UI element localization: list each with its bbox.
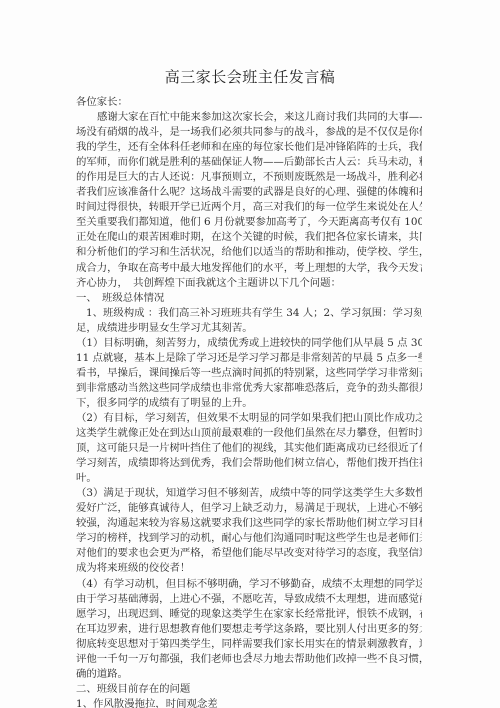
text-line: 足，成绩进步明显女生学习尤其刻苦。	[76, 321, 422, 336]
text-line: 彻底转变思想对于第四类学生，同样需要我们家长用实在的情景刺激教育，这要比你们批	[76, 637, 422, 652]
text-line: 叶。	[76, 471, 422, 486]
text-line: 11 点就寝，基本上是除了学习还是学习学习都是非常刻苦的早晨 5 点多一些就起床…	[76, 351, 422, 366]
text-line: 1、作风散漫拖拉，时间观念差	[76, 697, 422, 708]
text-line: 下，很多同学的成绩有了明显的上升。	[76, 396, 422, 411]
text-line: （1）目标明确，刻苦努力，成绩优秀或上进较快的同学他们从早晨 5 点 30 分起…	[76, 336, 422, 351]
text-line: 学习刻苦，成绩即将达到优秀，我们会帮助他们树立信心，帮他们拨开挡住视线的那片树	[76, 456, 422, 471]
text-line: 这类学生就像正处在到达山顶前最艰难的一段他们虽然在尽力攀登，但暂时还没有看到山	[76, 426, 422, 441]
text-line: 成为将来班级的佼佼者！	[76, 561, 422, 576]
text-line: 的作用是巨大的古人还说：凡事预则立，不预则废既然是一场战斗，胜利必将属于有准备	[76, 170, 422, 185]
text-line: 学习的榜样，找到学习的动机，耐心与他们沟通同时呢这些学生也是老师们关注的重点，	[76, 531, 422, 546]
text-line: 顶，这可能只是一片树叶挡住了他们的视线，其实他们距离成功已经很近了他们有目标，	[76, 441, 422, 456]
document-body: 各位家长：感谢大家在百忙中能来参加这次家长会，来这儿商讨我们共同的大事——高考这…	[76, 95, 422, 708]
page-number: 1	[0, 652, 500, 662]
document-page: 高三家长会班主任发言稿 各位家长：感谢大家在百忙中能来参加这次家长会，来这儿商讨…	[0, 0, 500, 708]
text-line: 感谢大家在百忙中能来参加这次家长会，来这儿商讨我们共同的大事——高考这是一	[76, 110, 422, 125]
text-line: 的军师，而你们就是胜利的基础保证人物——后勤部长古人云：兵马未动，粮草先行你们	[76, 155, 422, 170]
text-line: 一、 班级总体情况	[76, 291, 422, 306]
text-line: 齐心协力， 共创辉煌下面我就这个主题讲以下几个问题：	[76, 276, 422, 291]
text-line: 正处在爬山的艰苦困难时期，在这个关键的时候，我们把各位家长请来，共同关心，了解	[76, 230, 422, 245]
text-line: （2）有目标，学习刻苦，但效果不太明显的同学如果我们把山顶比作成功之巅的话，那么	[76, 411, 422, 426]
text-line: 较强，沟通起来较为容易这就要求我们这些同学的家长帮助他们树立学习目标，寻找身边	[76, 516, 422, 531]
text-line: 者我们应该准备什么呢？这场战斗需要的武器是良好的心理、强健的体魄和扎实的知识，	[76, 185, 422, 200]
text-line: 场没有硝烟的战斗，是一场我们必须共同参与的战斗，参战的是不仅仅是你们的孩子——	[76, 125, 422, 140]
text-line: 由于学习基础薄弱，上进心不强，不愿吃苦，导致成绩不太理想，进而感觉前途迷茫，不	[76, 592, 422, 607]
text-line: 二、班级目前存在的问题	[76, 682, 422, 697]
page-title: 高三家长会班主任发言稿	[0, 66, 500, 87]
text-line: （3）满足于现状，知道学习但不够刻苦，成绩中等的同学这类学生大多数性格外向，交友…	[76, 486, 422, 501]
text-line: 时间过得很快，转眼开学已近两个月，高三对我们的每一位学生来说处在人生的十字路口，	[76, 200, 422, 215]
text-line: 对他们的要求也会更为严格，希望他们能尽早改变对待学习的态度，我坚信这些同学必能	[76, 546, 422, 561]
text-line: 1、班级构成 ：我们高三补习班班共有学生 34 人；2、学习氛围：学习刻苦，竞争…	[76, 306, 422, 321]
text-line: 确的道路。	[76, 667, 422, 682]
text-line: 到非常感动当然这些同学成绩也非常优秀大家都唯恐落后，竞争的劲头都很足在这种环境	[76, 381, 422, 396]
text-line: 爱好广泛，能够真诚待人，但学习上缺乏动力，易满足于现状，上进心不够强，但可塑性	[76, 501, 422, 516]
text-line: 成合力，争取在高考中最大地发挥他们的水平，考上理想的大学，我今天发言的主题是：	[76, 261, 422, 276]
text-line: 看书，早操后，课间操后等一些点滴时间抓的特别紧，这些同学学习非常刻苦，让我也感	[76, 366, 422, 381]
text-line: 和分析他们的学习和生活状况，给他们以适当的帮助和推动，使学校、学生，家庭三方形	[76, 245, 422, 260]
text-line: 各位家长：	[76, 95, 422, 110]
text-line: 我的学生，还有全体科任老师和在座的每位家长他们是冲锋陷阵的士兵，我们是指挥作战	[76, 140, 422, 155]
text-line: 至关重要我们都知道，他们 6 月份就要参加高考了，今天距离高考仅有 100 天，…	[76, 215, 422, 230]
text-line: 愿学习，出现迟到、睡觉的现象这类学生在家家长经常批评，恨铁不成钢，在校老师整天	[76, 607, 422, 622]
text-line: 在耳边罗索，进行思想教育他们要想走考学这条路，要比别人付出更多的努力，而且还要	[76, 622, 422, 637]
text-line: （4）有学习动机，但目标不够明确，学习不够勤奋，成绩不太理想的同学这类学生呢或许	[76, 577, 422, 592]
